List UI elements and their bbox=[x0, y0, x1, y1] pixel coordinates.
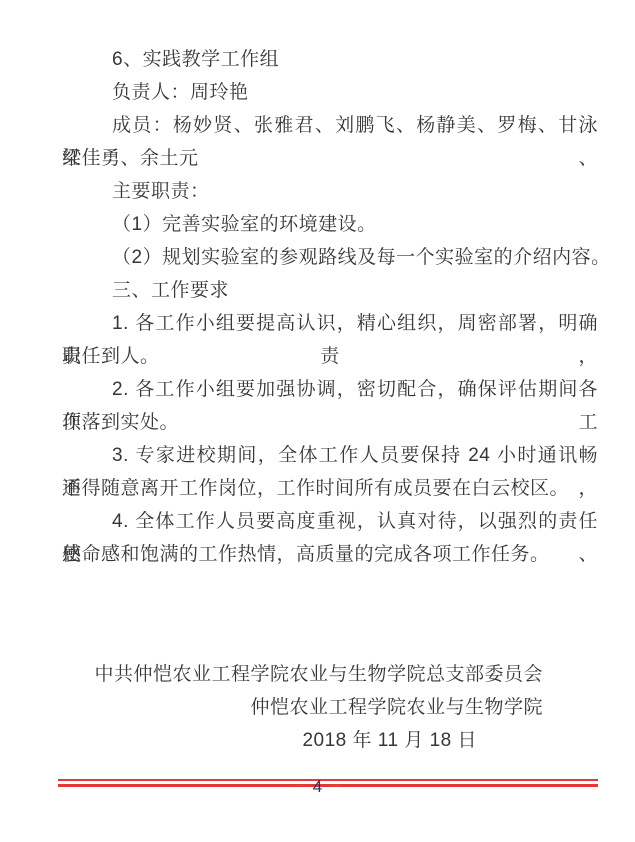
duties-heading: 主要职责： bbox=[62, 175, 598, 208]
signature-block: 中共仲恺农业工程学院农业与生物学院总支部委员会 仲恺农业工程学院农业与生物学院 … bbox=[62, 658, 598, 757]
signature-college: 仲恺农业工程学院农业与生物学院 bbox=[62, 691, 543, 724]
leader-line: 负责人：周玲艳 bbox=[62, 76, 598, 109]
requirement-2-line-1: 2. 各工作小组要加强协调，密切配合，确保评估期间各项工 bbox=[62, 373, 598, 406]
page-number: －4－ bbox=[0, 775, 635, 798]
page-number-right-dash: － bbox=[328, 778, 342, 794]
duty-item-2: （2）规划实验室的参观路线及每一个实验室的介绍内容。 bbox=[62, 241, 598, 274]
requirement-3-line-1: 3. 专家进校期间，全体工作人员要保持 24 小时通讯畅通， bbox=[62, 439, 598, 472]
signature-date: 2018 年 11 月 18 日 bbox=[62, 724, 477, 757]
page-number-value: 4 bbox=[307, 777, 328, 796]
duty-item-1: （1）完善实验室的环境建设。 bbox=[62, 208, 598, 241]
heading-group6: 6、实践教学工作组 bbox=[62, 43, 598, 76]
requirement-3-line-2: 不得随意离开工作岗位，工作时间所有成员要在白云校区。 bbox=[62, 472, 598, 505]
requirement-1-line-1: 1. 各工作小组要提高认识，精心组织，周密部署，明确职责， bbox=[62, 307, 598, 340]
document-body: 6、实践教学工作组 负责人：周玲艳 成员：杨妙贤、张雅君、刘鹏飞、杨静美、罗梅、… bbox=[62, 43, 598, 757]
section-heading: 三、工作要求 bbox=[62, 274, 598, 307]
requirement-4-line-1: 4. 全体工作人员要高度重视，认真对待，以强烈的责任感、 bbox=[62, 505, 598, 538]
requirement-4-line-2: 使命感和饱满的工作热情，高质量的完成各项工作任务。 bbox=[62, 538, 598, 571]
page-number-left-dash: － bbox=[293, 778, 307, 794]
signature-committee: 中共仲恺农业工程学院农业与生物学院总支部委员会 bbox=[62, 658, 543, 691]
members-line-1: 成员：杨妙贤、张雅君、刘鹏飞、杨静美、罗梅、甘泳红、 bbox=[62, 109, 598, 142]
document-page: 6、实践教学工作组 负责人：周玲艳 成员：杨妙贤、张雅君、刘鹏飞、杨静美、罗梅、… bbox=[0, 0, 635, 842]
